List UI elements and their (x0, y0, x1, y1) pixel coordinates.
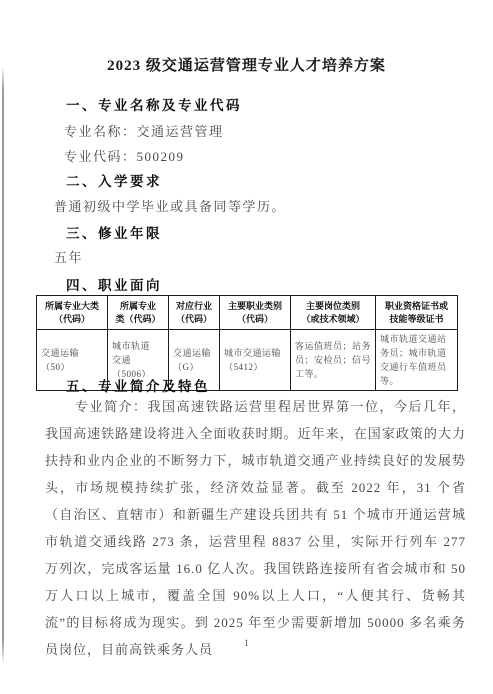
col-header-major-category: 所属专业大类 （代码） (37, 296, 108, 330)
section-heading-major-name-code: 一、专业名称及专业代码 (66, 94, 242, 114)
col-header-industry: 对应行业 （代码） (169, 296, 220, 330)
entry-requirements-text: 普通初级中学毕业或具备同等学历。 (54, 196, 286, 215)
major-intro-paragraph: 专业简介：我国高速铁路运营里程居世界第一位，今后几年，我国高速铁路建设将进入全面… (45, 393, 466, 663)
major-code-line: 专业代码：500209 (64, 146, 185, 165)
study-duration-text: 五年 (54, 247, 83, 266)
section-heading-entry-requirements: 二、入学要求 (66, 170, 162, 190)
major-name-line: 专业名称：交通运营管理 (64, 121, 224, 140)
section-heading-career-orientation: 四、职业面向 (66, 274, 162, 294)
cell-post-category: 客运值班员；站务员；安检员；信号工等。 (291, 330, 376, 391)
cell-certificates: 城市轨道交通站务员；城市轨道交通行车值班员等。 (376, 330, 458, 391)
section-heading-major-intro: 五、专业简介及特色 (66, 375, 210, 395)
col-header-certificates: 职业资格证书或 技能等级证书 (376, 296, 458, 330)
document-title: 2023 级交通运营管理专业人才培养方案 (0, 54, 493, 75)
col-header-occupation-category: 主要职业类别 （代码） (220, 296, 291, 330)
page-number: 1 (0, 638, 493, 648)
cell-occupation-category: 城市交通运输 （5412） (220, 330, 291, 391)
col-header-post-category: 主要岗位类别 （或技术领域） (291, 296, 376, 330)
col-header-major-class: 所属专业 类（代码） (108, 296, 169, 330)
table-header-row: 所属专业大类 （代码） 所属专业 类（代码） 对应行业 （代码） 主要职业类别 … (37, 296, 458, 330)
document-page: 2023 级交通运营管理专业人才培养方案 一、专业名称及专业代码 专业名称：交通… (0, 0, 493, 694)
scan-page-edge-shadow (2, 66, 4, 664)
section-heading-study-duration: 三、修业年限 (66, 222, 162, 242)
